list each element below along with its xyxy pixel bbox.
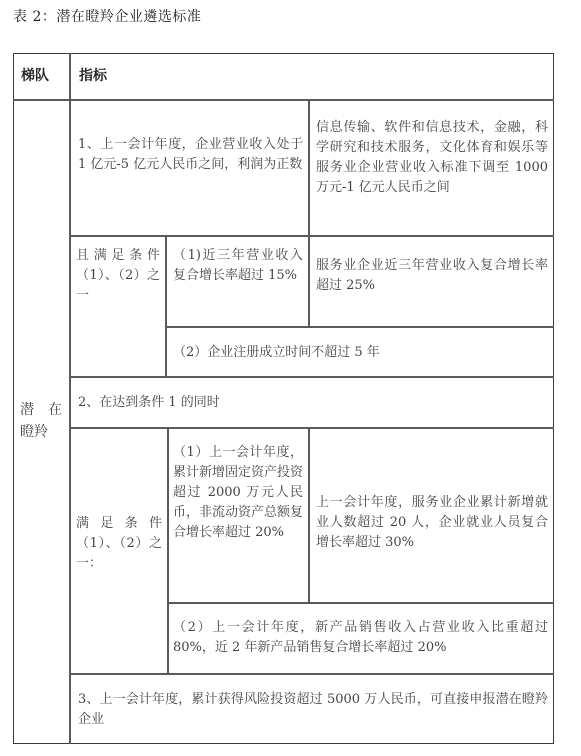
header-tier: 梯队	[21, 66, 49, 86]
cond2-sub-label: 满足条件（1）、（2）之一：	[76, 514, 162, 574]
cond1-sub1-service: 服务业企业近三年营业收入复合增长率超过 25%	[316, 256, 548, 296]
divider	[308, 428, 310, 603]
tier-label-line1: 潜 在	[20, 399, 66, 421]
divider	[69, 53, 71, 744]
criteria-table: 梯队 指标 潜 在 瞪羚 1、上一会计年度，企业营业收入处于 1 亿元-5 亿元…	[13, 53, 554, 744]
cond2-sub2: （2）上一会计年度，新产品销售收入占营业收入比重超过 80%，近 2 年新产品销…	[173, 618, 548, 658]
cond1-main: 1、上一会计年度，企业营业收入处于 1 亿元-5 亿元人民币之间，利润为正数	[78, 135, 303, 175]
divider	[69, 376, 554, 378]
cond2-main: 2、在达到条件 1 的同时	[78, 393, 548, 413]
divider	[13, 99, 554, 101]
divider	[69, 235, 554, 237]
cond1-service: 信息传输、软件和信息技术，金融，科学研究和技术服务，文化体育和娱乐等服务业企业营…	[316, 118, 548, 198]
divider	[165, 326, 554, 328]
tier-label: 潜 在 瞪羚	[20, 399, 66, 443]
table-caption: 表 2：潜在瞪羚企业遴选标准	[13, 6, 201, 26]
divider	[69, 427, 554, 429]
divider	[167, 428, 169, 674]
divider	[69, 673, 554, 675]
divider	[308, 100, 310, 327]
divider	[165, 236, 167, 377]
cond1-sub1: （1)近三年营业收入复合增长率超过 15%	[173, 246, 303, 286]
cond1-sub2: （2）企业注册成立时间不超过 5 年	[173, 343, 543, 363]
cond2-sub1: （1）上一会计年度，累计新增固定资产投资超过 2000 万元人民币，非流动资产总…	[173, 443, 303, 543]
cond3-main: 3、上一会计年度，累计获得风险投资超过 5000 万人民币，可直接申报潜在瞪羚企…	[78, 690, 548, 730]
tier-label-line2: 瞪羚	[20, 421, 66, 443]
header-indicator: 指标	[79, 66, 107, 86]
divider	[167, 602, 554, 604]
cond1-sub-label: 且满足条件（1）、（2）之一	[76, 246, 160, 306]
cond2-sub1-service: 上一会计年度，服务业企业累计新增就业人数超过 20 人，企业就业人员复合增长率超…	[316, 493, 548, 553]
